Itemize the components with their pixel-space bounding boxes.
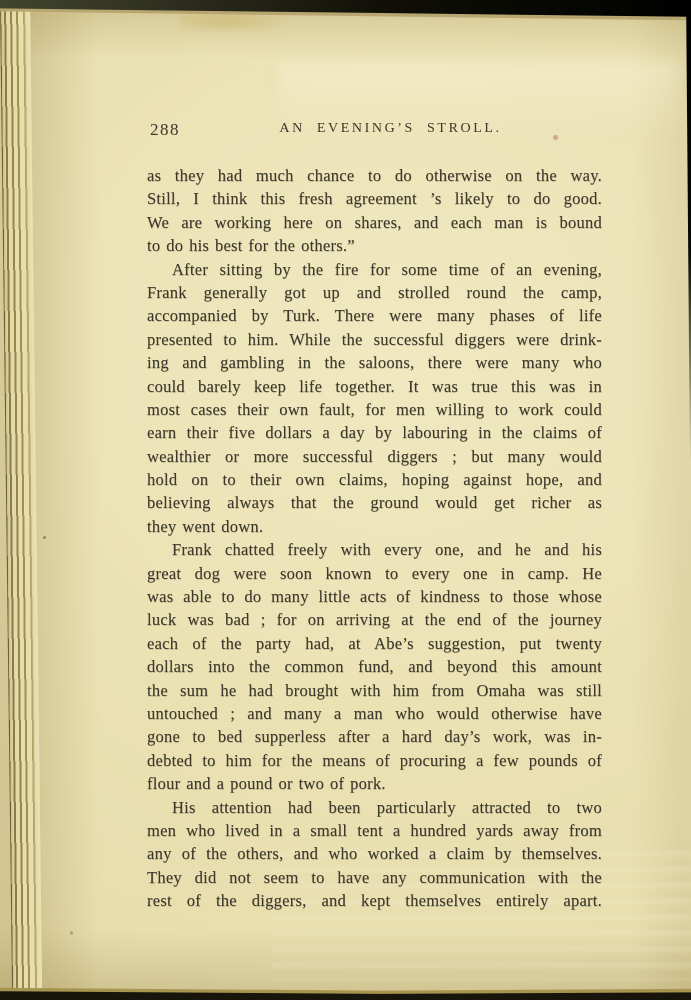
text-line: was able to do many little acts of kindn… bbox=[147, 585, 602, 608]
text-line: any of the others, and who worked a clai… bbox=[147, 842, 602, 865]
text-line: ing and gambling in the saloons, there w… bbox=[147, 351, 602, 374]
paper-speck bbox=[70, 931, 73, 935]
text-line: rest of the diggers, and kept themselves… bbox=[147, 889, 602, 912]
text-line: believing always that the ground would g… bbox=[147, 491, 602, 514]
text-line: presented to him. While the successful d… bbox=[147, 328, 602, 351]
text-line: flour and a pound or two of pork. bbox=[147, 772, 602, 795]
paragraph: His attention had been particularly attr… bbox=[147, 796, 602, 913]
text-line: debted to him for the means of procuring… bbox=[147, 749, 602, 772]
text-line: Frank generally got up and strolled roun… bbox=[147, 281, 602, 304]
text-line: After sitting by the fire for some time … bbox=[147, 258, 602, 281]
text-line: could barely keep life together. It was … bbox=[147, 375, 602, 398]
text-line: dollars into the common fund, and beyond… bbox=[147, 655, 602, 678]
text-line: each of the party had, at Abe’s suggesti… bbox=[147, 632, 602, 655]
text-line: untouched ; and many a man who would oth… bbox=[147, 702, 602, 725]
page-gutter-edges bbox=[0, 4, 42, 996]
body-text: as they had much chance to do otherwise … bbox=[147, 164, 602, 913]
paragraph: Frank chatted freely with every one, and… bbox=[147, 538, 602, 795]
printed-text-block: 288 AN EVENING’S STROLL. as they had muc… bbox=[147, 118, 602, 913]
text-line: Still, I think this fresh agreement ’s l… bbox=[147, 187, 602, 210]
text-line: They did not seem to have any communicat… bbox=[147, 866, 602, 889]
text-line: His attention had been particularly attr… bbox=[147, 796, 602, 819]
text-line: to do his best for the others.” bbox=[147, 234, 602, 257]
text-line: they went down. bbox=[147, 515, 602, 538]
paragraph: as they had much chance to do otherwise … bbox=[147, 164, 602, 258]
text-line: wealthier or more successful diggers ; b… bbox=[147, 445, 602, 468]
text-line: earn their five dollars a day by labouri… bbox=[147, 421, 602, 444]
text-line: luck was bad ; for on arriving at the en… bbox=[147, 608, 602, 631]
scan-right-dark-edge bbox=[684, 0, 691, 460]
running-head: AN EVENING’S STROLL. bbox=[163, 118, 618, 137]
paper-speck bbox=[43, 536, 46, 539]
page-header: 288 AN EVENING’S STROLL. bbox=[147, 118, 602, 142]
paragraph: After sitting by the fire for some time … bbox=[147, 258, 602, 539]
text-line: most cases their own fault, for men will… bbox=[147, 398, 602, 421]
text-line: men who lived in a small tent a hundred … bbox=[147, 819, 602, 842]
text-line: We are working here on shares, and each … bbox=[147, 211, 602, 234]
text-line: hold on to their own claims, hoping agai… bbox=[147, 468, 602, 491]
text-line: gone to bed supperless after a hard day’… bbox=[147, 725, 602, 748]
text-line: as they had much chance to do otherwise … bbox=[147, 164, 602, 187]
text-line: the sum he had brought with him from Oma… bbox=[147, 679, 602, 702]
book-page-scan: 288 AN EVENING’S STROLL. as they had muc… bbox=[0, 0, 691, 1000]
text-line: accompanied by Turk. There were many pha… bbox=[147, 304, 602, 327]
text-line: great dog were soon known to every one i… bbox=[147, 562, 602, 585]
text-line: Frank chatted freely with every one, and… bbox=[147, 538, 602, 561]
